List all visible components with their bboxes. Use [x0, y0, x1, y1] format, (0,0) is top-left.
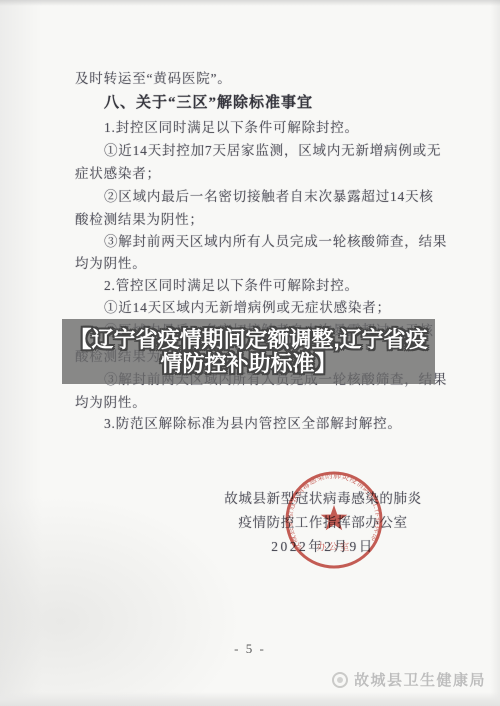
doc-line-rule1-c1b: 症状感染者；: [75, 162, 161, 182]
doc-line-rule2-c3b: 均为阴性。: [75, 391, 147, 411]
doc-line-rule3: 3.防范区解除标准为县内管控区全部解封解控。: [104, 412, 402, 432]
doc-line-rule1-c2: ②区域内最后一名密切接触者自末次暴露超过14天核: [104, 185, 434, 205]
watermark-label: 故城县卫生健康局: [354, 669, 486, 690]
seal-star-icon: [321, 505, 348, 530]
doc-line-rule1-c1: ①近14天封控加7天居家监测，区域内无新增病例或无: [104, 139, 441, 159]
official-seal: 故城县新型冠状病毒感染的肺炎疫情防控工作指挥部 办公室: [280, 466, 388, 574]
doc-line-transfer: 及时转运至“黄码医院”。: [75, 67, 232, 87]
scanned-document-page: 及时转运至“黄码医院”。 八、关于“三区”解除标准事宜 1.封控区同时满足以下条…: [0, 0, 500, 706]
seal-inner-label: 办公室: [317, 541, 352, 553]
overlay-banner-line-2: 情防控补助标准】: [160, 352, 336, 376]
doc-line-rule2: 2.管控区同时满足以下条件可解除封控。: [104, 274, 359, 294]
doc-line-rule1: 1.封控区同时满足以下条件可解除封控。: [104, 116, 359, 136]
doc-section-heading: 八、关于“三区”解除标准事宜: [104, 91, 313, 112]
doc-line-rule1-c3b: 均为阴性。: [75, 252, 147, 272]
doc-line-rule1-c2b: 酸检测结果为阴性；: [75, 208, 204, 228]
doc-line-rule1-c3: ③解封前两天区域内所有人员完成一轮核酸筛查，结果: [104, 230, 447, 250]
doc-line-rule2-c1: ①近14天区域内无新增病例或无症状感染者；: [104, 296, 391, 316]
health-bureau-emblem-icon: [332, 672, 348, 688]
overlay-banner: 【辽宁省疫情期间定额调整,辽宁省疫 情防控补助标准】: [62, 319, 435, 384]
page-number: - 5 -: [0, 641, 500, 657]
watermark: 故城县卫生健康局: [332, 669, 486, 690]
overlay-banner-line-1: 【辽宁省疫情期间定额调整,辽宁省疫: [69, 328, 427, 352]
